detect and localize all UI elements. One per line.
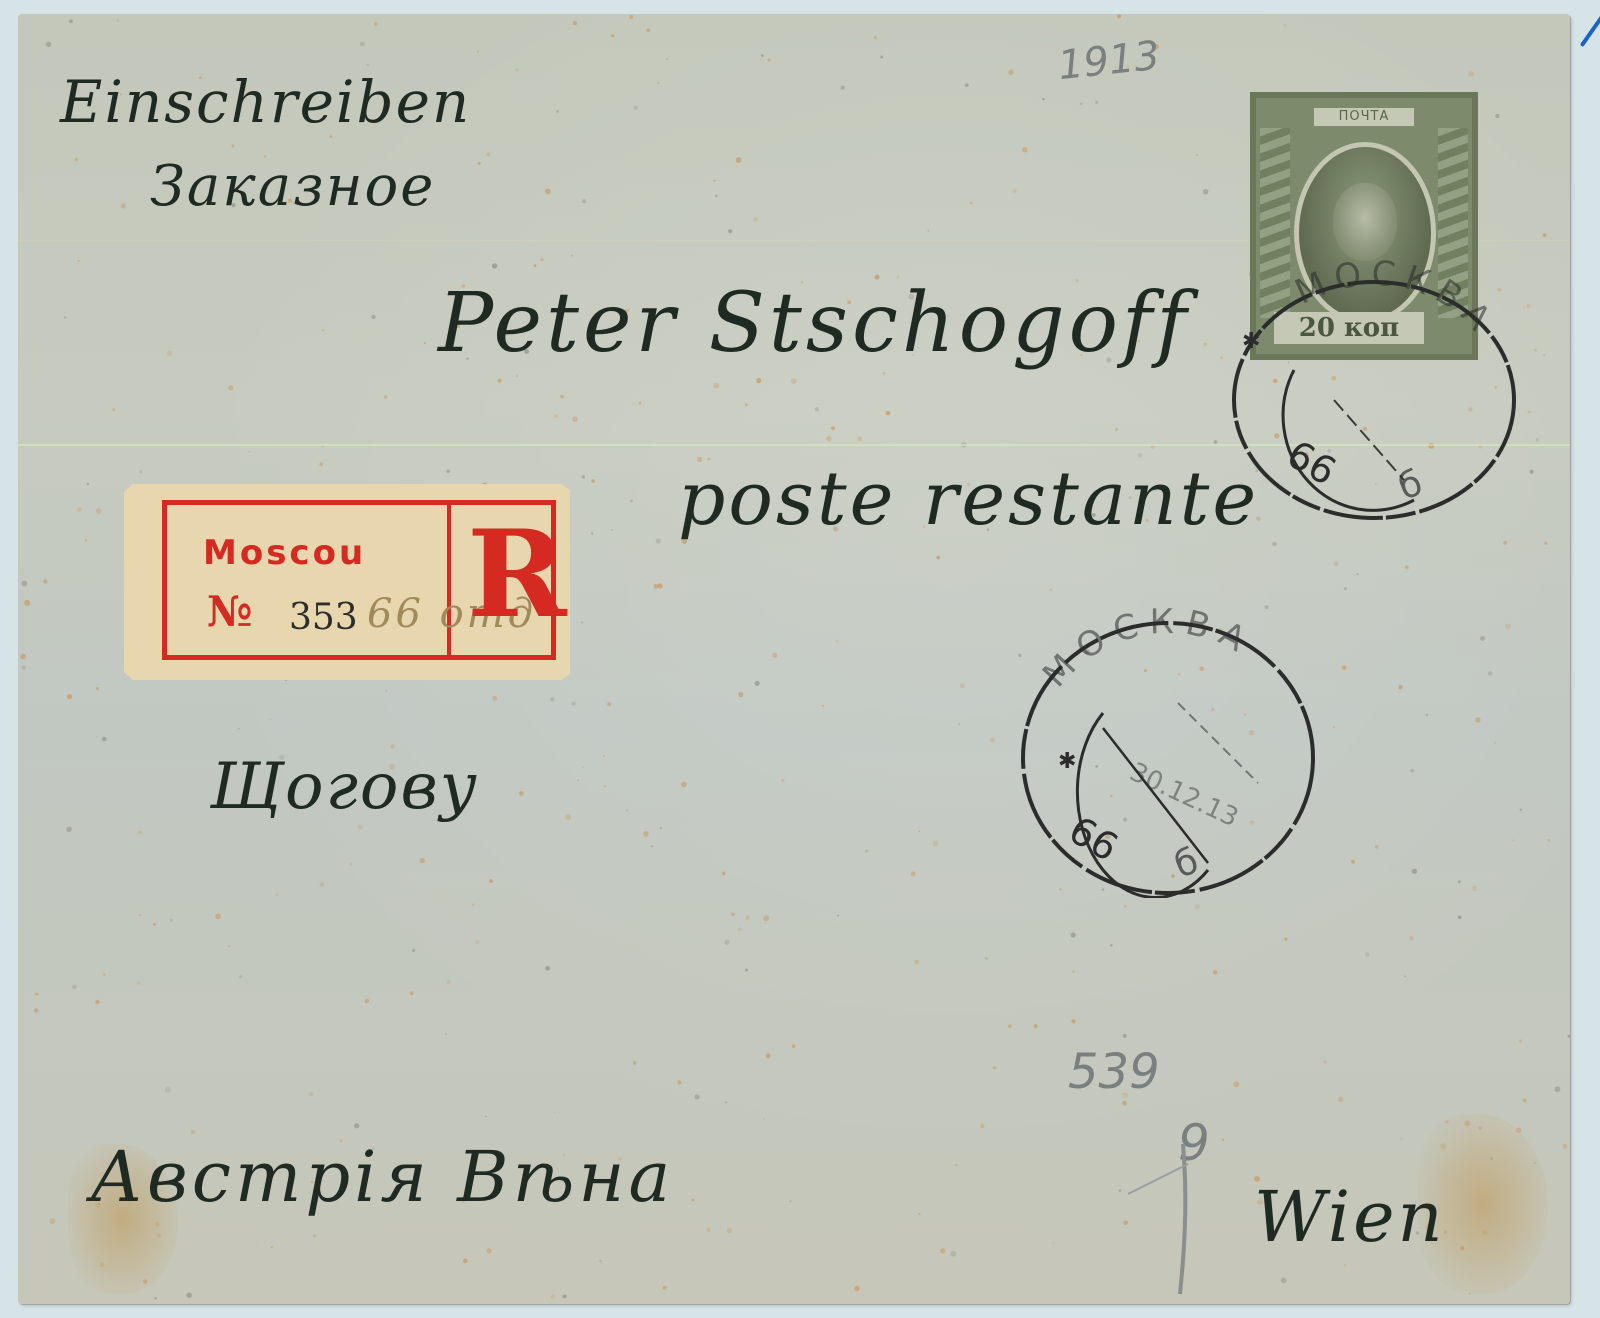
svg-text:МОСКВА: МОСКВА: [1035, 608, 1261, 695]
destination-city: Wien: [1254, 1176, 1446, 1258]
registered-letter-icon: R: [467, 515, 567, 635]
registration-label: Moscou № 353 66 отд R: [124, 484, 570, 680]
svg-text:МОСКВА: МОСКВА: [1289, 253, 1503, 344]
registered-russian-note: Заказное: [150, 154, 435, 219]
star-icon: ✱: [1242, 329, 1260, 354]
registration-frame: Moscou № 353 66 отд R: [162, 500, 556, 660]
svg-text:66: 66: [1280, 432, 1344, 494]
registered-german-note: Einschreiben: [60, 68, 471, 136]
number-sign: №: [207, 587, 253, 636]
pencil-number: 539: [1068, 1044, 1160, 1100]
svg-text:б: б: [1393, 462, 1428, 508]
postmark-moscow: МОСКВА 30.12.13 66 б ✱: [1008, 608, 1328, 898]
addressee-name: Peter Stschogoff: [438, 276, 1191, 371]
pencil-stroke: [1118, 1124, 1198, 1304]
destination-country: Австрія Вѣна: [90, 1136, 674, 1218]
poste-restante-note: poste restante: [678, 456, 1259, 542]
russian-surname: Щогову: [210, 750, 479, 824]
star-icon: ✱: [1058, 749, 1076, 774]
registration-city: Moscou: [203, 533, 366, 573]
year-note: 1913: [1056, 33, 1162, 89]
svg-text:б: б: [1169, 840, 1204, 886]
postmark-date: 30.12.13: [1125, 757, 1243, 833]
blue-ink-mark: [1580, 9, 1600, 47]
registration-number: 353: [289, 597, 358, 638]
envelope: 1913 Einschreiben Заказное Peter Stschog…: [18, 14, 1570, 1304]
stamp-header: ПОЧТА: [1314, 108, 1414, 126]
postmark-stamp: МОСКВА 66 б ✱: [1214, 250, 1544, 540]
